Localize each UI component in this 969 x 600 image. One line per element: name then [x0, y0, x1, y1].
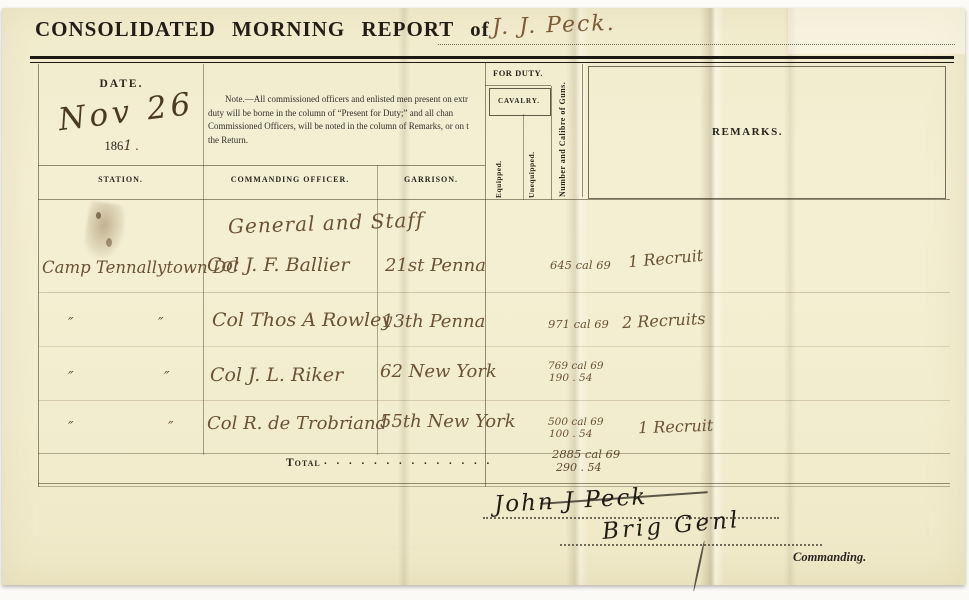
remarks-column-header: REMARKS.: [712, 126, 783, 138]
divider-unequipped-guns: [551, 86, 552, 200]
divider-equipped-unequipped: [523, 114, 524, 200]
scanned-morning-report-document: CONSOLIDATED MORNING REPORT of J. J. Pec…: [0, 0, 969, 600]
row-guns: 500 cal 69: [548, 416, 604, 428]
garrison-column-header: GARRISON.: [377, 175, 485, 184]
title-dotted-line: [438, 44, 955, 45]
station-column-header: STATION.: [38, 175, 203, 184]
row-garrison: 55th New York: [380, 411, 516, 432]
row-rule: [38, 292, 950, 293]
year-printed: 186: [105, 139, 124, 153]
row-remarks: 1 Recruit: [638, 416, 714, 438]
guns-column-right-line: [582, 64, 583, 197]
note-line: Commissioned Officers, will be noted in …: [208, 120, 484, 134]
line-above-total: [38, 453, 950, 454]
table-top-rule: [30, 56, 954, 63]
year-written-digit: 1: [123, 138, 132, 154]
row-guns: 645 cal 69: [550, 258, 611, 272]
line-below-total-2: [38, 486, 950, 487]
year-line: 1861 .: [40, 138, 203, 154]
page-title: CONSOLIDATED MORNING REPORT of: [35, 17, 490, 42]
commanding-label: Commanding.: [793, 550, 866, 565]
note-line: the Return.: [208, 134, 484, 148]
ink-stain-speck: [96, 212, 101, 219]
ditto-mark: ″: [68, 314, 74, 332]
ditto-mark: ″: [158, 314, 164, 332]
row-officer: Col R. de Trobriand: [207, 413, 387, 434]
table-border-left: [38, 64, 39, 487]
line-under-date-note: [38, 165, 485, 166]
note-line: Note.—All commissioned officers and enli…: [208, 93, 484, 107]
year-period: .: [132, 139, 138, 153]
row-guns-2: 100 . 54: [549, 428, 592, 440]
row-garrison: 21st Penna: [385, 255, 486, 276]
for-duty-column-header: FOR DUTY.: [485, 68, 551, 78]
row-officer: Col J. L. Riker: [210, 364, 343, 386]
commander-name-handwritten: J. J. Peck.: [492, 11, 616, 40]
row-guns: 971 cal 69: [548, 317, 609, 331]
equipped-column-header: Equipped.: [494, 150, 503, 198]
total-guns: 2885 cal 69: [552, 447, 620, 461]
cavalry-column-header: CAVALRY.: [489, 97, 549, 105]
line-below-total: [38, 483, 950, 484]
ditto-mark: ″: [164, 368, 170, 386]
forduty-label-underline: [485, 85, 551, 86]
line-under-headers: [38, 199, 950, 200]
row-rule: [38, 400, 950, 401]
total-label: Total: [286, 457, 321, 469]
row-guns: 769 cal 69: [548, 360, 604, 372]
note-text: Note.—All commissioned officers and enli…: [208, 93, 484, 147]
row-officer: Col Thos A Rowley: [212, 309, 392, 331]
row-garrison: 13th Penna: [382, 311, 485, 332]
ditto-mark: ″: [68, 418, 74, 436]
guns-column-header: Number and Calibre of Guns.: [558, 90, 567, 197]
row-guns-2: 190 . 54: [549, 372, 592, 384]
row-rule: [38, 346, 950, 347]
row-garrison: 62 New York: [380, 361, 497, 382]
total-dots: . . . . . . . . . . . . . .: [324, 455, 492, 467]
rank-dotted-line: [560, 544, 822, 546]
ink-stain: [82, 201, 127, 262]
total-guns-2: 290 . 54: [556, 461, 601, 474]
row-officer: Col J. F. Ballier: [207, 254, 349, 276]
ditto-mark: ″: [68, 368, 74, 386]
ink-stain-speck: [106, 238, 112, 247]
ditto-mark: ″: [168, 418, 174, 436]
commanding-officer-column-header: COMMANDING OFFICER.: [203, 175, 377, 184]
note-line: duty will be borne in the column of “Pre…: [208, 107, 484, 121]
unequipped-column-header: Unequipped.: [527, 142, 536, 198]
paper-flap-highlight: [788, 8, 965, 54]
